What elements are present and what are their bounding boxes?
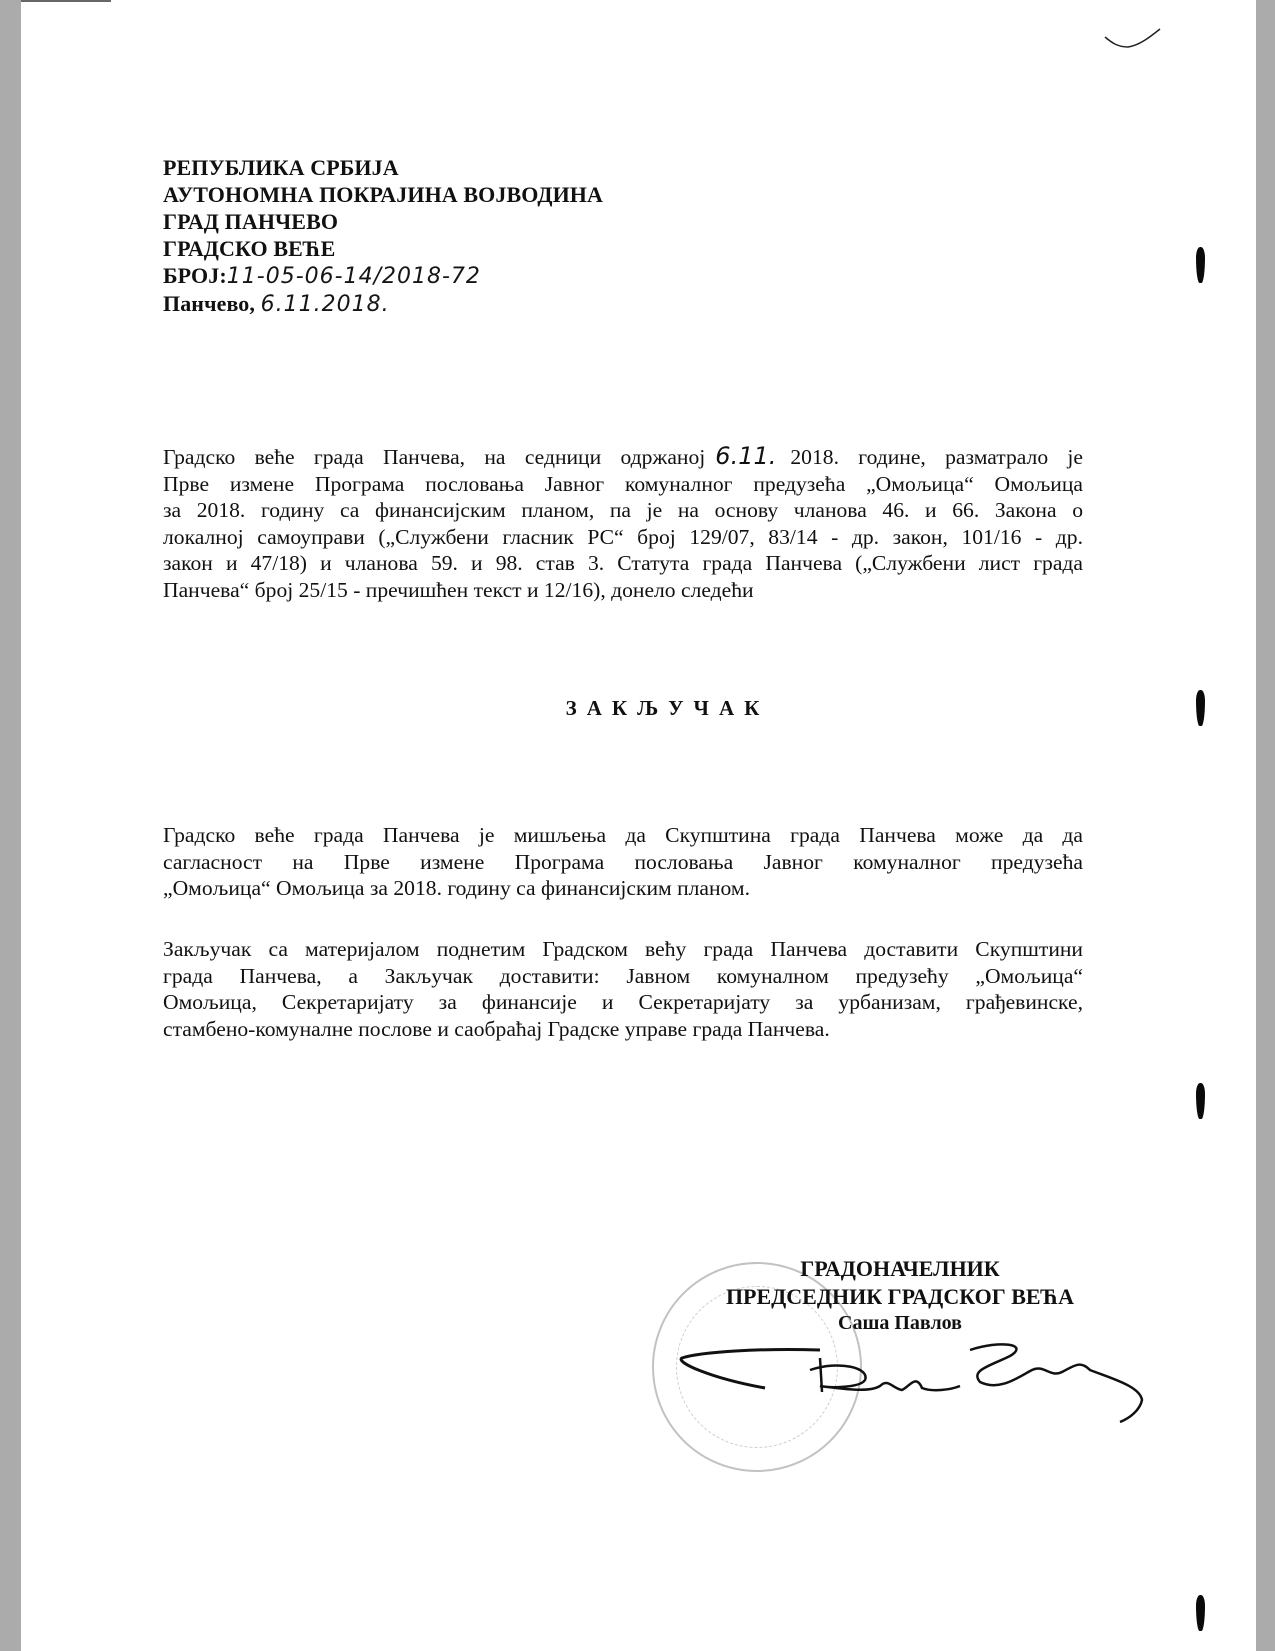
document-header: РЕПУБЛИКА СРБИЈА АУТОНОМНА ПОКРАЈИНА ВОЈ… <box>163 155 603 318</box>
conclusion-line: Градско веће града Панчева је мишљења да… <box>163 822 1083 849</box>
signature-block: ГРАДОНАЧЕЛНИК ПРЕДСЕДНИК ГРАДСКОГ ВЕЋА С… <box>700 1255 1100 1338</box>
preamble-line: Панчева“ број 25/15 - пречишћен текст и … <box>163 577 1083 604</box>
conclusion-line: сагласност на Прве измене Програма посло… <box>163 849 1083 876</box>
header-line: ГРАДСКО ВЕЋЕ <box>163 236 603 263</box>
preamble-line: Прве измене Програма пословања Јавног ко… <box>163 471 1083 498</box>
header-line: АУТОНОМНА ПОКРАЈИНА ВОЈВОДИНА <box>163 182 603 209</box>
handwritten-mark-icon <box>1100 25 1170 65</box>
preamble-line: локалној самоуправи („Службени гласник Р… <box>163 524 1083 551</box>
preamble-line: Градско веће града Панчева, на седници о… <box>163 443 1083 471</box>
place-label: Панчево, <box>163 291 255 316</box>
scan-edge-mark <box>21 0 111 2</box>
handwritten-signature-icon <box>670 1330 1150 1450</box>
number-label: БРОЈ: <box>163 263 227 288</box>
number-value-handwritten: 11-05-06-14/2018-72 <box>227 264 481 289</box>
document-title: ЗАКЉУЧАК <box>0 696 1275 721</box>
conclusion-line: града Панчева, а Закључак доставити: Јав… <box>163 963 1083 990</box>
preamble-paragraph: Градско веће града Панчева, на седници о… <box>163 443 1083 604</box>
conclusion-paragraph-2: Закључак са материјалом поднетим Градско… <box>163 936 1083 1042</box>
preamble-line: закон и 47/18) и чланова 59. и 98. став … <box>163 550 1083 577</box>
date-handwritten: 6.11.2018. <box>261 292 390 317</box>
conclusion-line: „Омољица“ Омољица за 2018. годину са фин… <box>163 875 1083 902</box>
conclusion-paragraph-1: Градско веће града Панчева је мишљења да… <box>163 822 1083 902</box>
conclusion-line: Омољица, Секретаријату за финансије и Се… <box>163 989 1083 1016</box>
header-line: РЕПУБЛИКА СРБИЈА <box>163 155 603 182</box>
document-place-date: Панчево, 6.11.2018. <box>163 291 603 319</box>
conclusion-line: Закључак са материјалом поднетим Градско… <box>163 936 1083 963</box>
document-number: БРОЈ:11-05-06-14/2018-72 <box>163 263 603 291</box>
signatory-title: ПРЕДСЕДНИК ГРАДСКОГ ВЕЋА <box>700 1283 1100 1311</box>
conclusion-line: стамбено-комуналне послове и саобраћај Г… <box>163 1016 1083 1043</box>
header-line: ГРАД ПАНЧЕВО <box>163 209 603 236</box>
preamble-line: за 2018. годину са финансијским планом, … <box>163 497 1083 524</box>
session-date-handwritten: 6.11. <box>705 442 790 470</box>
signatory-title: ГРАДОНАЧЕЛНИК <box>700 1255 1100 1283</box>
